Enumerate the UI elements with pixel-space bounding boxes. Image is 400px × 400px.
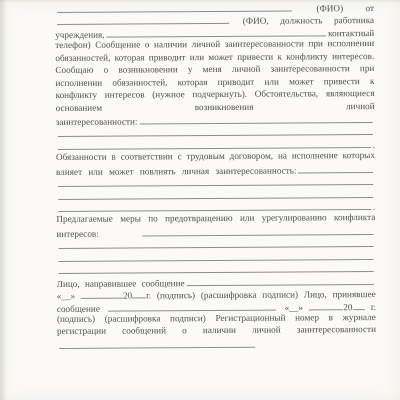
form-text: меня [203, 64, 222, 74]
fill-in-blank-line [81, 289, 123, 299]
fill-in-blank-line [59, 250, 374, 262]
form-text: обязанностей, [55, 52, 110, 62]
form-text: Обязанности [56, 152, 107, 162]
fill-in-blank-line [57, 2, 292, 13]
form-text: Сообщение [95, 40, 140, 50]
form-text: о [145, 40, 150, 50]
date-blank-group: 20 [309, 300, 364, 312]
form-text: работника [334, 15, 374, 25]
form-text: 20 [343, 302, 352, 312]
form-text: 20 [123, 291, 132, 301]
fill-in-blank-line [58, 200, 371, 212]
form-text: возникновения [195, 101, 254, 111]
form-text: соответствии [121, 152, 173, 162]
form-text: телефон) [55, 40, 90, 50]
form-text: сообщений [122, 326, 166, 336]
spacer [99, 235, 141, 236]
form-text: регистрации [57, 326, 106, 336]
fill-in-blank-line [139, 113, 372, 124]
fill-in-blank-line [57, 14, 229, 25]
form-text: Обстоятельства, [255, 88, 319, 98]
form-text: г. [146, 290, 151, 300]
form-text: исполнении [327, 38, 374, 48]
form-text: конфликту [56, 90, 98, 100]
form-text: по [148, 214, 158, 224]
fill-in-blank-line [298, 163, 373, 173]
form-text: принявшее [333, 289, 376, 299]
form-text: г. [371, 302, 376, 312]
form-text: которая [115, 52, 145, 62]
form-text: у [188, 64, 193, 74]
form-text: может [208, 52, 233, 62]
form-text: (нужное [152, 89, 185, 99]
form-text: урегулированию [262, 213, 327, 223]
form-text: в [329, 312, 333, 322]
form-text: возникновении [118, 64, 177, 74]
form-text: или [240, 213, 254, 223]
form-text: о [182, 326, 187, 336]
form-text: конфликту [286, 51, 328, 61]
form-text: трудовым [187, 151, 225, 161]
form-text: . [373, 140, 375, 150]
form-text: привести [237, 51, 273, 61]
form-text: наличии [154, 39, 187, 49]
form-text: на [278, 151, 287, 161]
form-text: приводит [149, 52, 186, 62]
form-text: Лицо, [304, 289, 327, 299]
form-text: конфликта [334, 212, 375, 222]
fill-in-blank-line [143, 225, 374, 236]
form-text: Сообщаю [55, 65, 93, 75]
form-text: подчеркнуть). [192, 89, 247, 99]
fill-in-blank-line [59, 338, 255, 349]
form-text: в [111, 152, 115, 162]
form-text: заинтересованности [225, 39, 304, 49]
form-text: привести [324, 76, 360, 86]
form-text: Предлагаемые [56, 214, 113, 224]
form-text: исполнении [55, 77, 102, 87]
form-text: личной [252, 325, 281, 335]
form-text: интересов. [332, 51, 374, 61]
form-text: или [190, 52, 204, 62]
fill-in-blank-line [352, 300, 364, 310]
fill-in-blank-line [58, 237, 373, 249]
fill-in-blank-line [58, 138, 371, 150]
fill-in-blank-line [309, 300, 343, 310]
fill-in-blank-line [58, 175, 373, 187]
scanned-document-page: (ФИО)от(ФИО,должностьработникаучреждения… [0, 0, 400, 400]
form-text: (подпись) [57, 314, 95, 324]
form-text: интересов [105, 89, 145, 99]
form-text: которых [343, 150, 375, 160]
form-text: обязанностей, [112, 77, 167, 87]
form-text: номер [295, 312, 319, 322]
form-body: (ФИО)от(ФИО,должностьработникаучреждения… [55, 1, 376, 351]
form-text: «__» [57, 291, 75, 301]
form-text: о [104, 65, 109, 75]
form-text: которая [178, 77, 208, 87]
form-text: журнале [343, 312, 376, 322]
fill-in-blank-line [187, 275, 374, 286]
form-text: при [308, 39, 322, 49]
form-text: к [277, 51, 282, 61]
fill-in-blank-line [106, 26, 326, 37]
form-text: наличии [203, 325, 236, 335]
form-text: от [366, 3, 375, 13]
form-text: или [264, 76, 278, 86]
form-text: сообщение [57, 303, 100, 313]
form-text: контактный [328, 28, 374, 38]
form-text: заинтересованности [297, 324, 376, 334]
form-text: (ФИО, [243, 16, 269, 26]
spacer [257, 346, 376, 348]
form-text: . [373, 202, 375, 212]
form-text: личной [192, 39, 221, 49]
fill-in-blank-line [108, 300, 276, 311]
form-text: подписи) [262, 290, 298, 300]
form-text: учреждения, [55, 30, 104, 40]
fill-in-blank-line [59, 262, 374, 274]
fill-in-blank-line [58, 125, 373, 137]
form-text: (расшифровка [105, 313, 161, 323]
form-text: к [370, 76, 375, 86]
form-line: (ФИО)от [55, 1, 374, 15]
form-text: основанием [56, 102, 102, 112]
form-text: подписи) [170, 313, 206, 323]
form-text: (ФИО) [316, 3, 343, 13]
form-text: договором, [230, 151, 273, 161]
form-text: с [178, 151, 182, 161]
form-text: Регистрационный [215, 313, 285, 323]
form-text: личной [232, 64, 261, 74]
form-text: меры [120, 214, 141, 224]
form-text: должность [280, 16, 322, 26]
fill-in-blank-line [132, 288, 146, 298]
form-text: являющиеся [326, 88, 375, 98]
form-text: личной [346, 101, 375, 111]
form-text: интересов: [56, 229, 98, 239]
form-text: заинтересованности [271, 63, 350, 73]
fill-in-blank-line [58, 188, 373, 200]
form-text: Лицо, направившее сообщение [57, 278, 185, 289]
form-text: (подпись) [157, 290, 195, 300]
form-line [57, 337, 376, 351]
form-text: может [289, 76, 314, 86]
date-blank-group: 20г. [81, 288, 151, 300]
form-text: «__» [285, 302, 303, 312]
form-text: при [360, 63, 374, 73]
form-text: приводит [218, 76, 255, 86]
form-text: заинтересованности: [56, 116, 138, 126]
form-text: предотвращению [165, 213, 233, 223]
form-text: (расшифровка [201, 290, 257, 300]
form-text: исполнение [292, 151, 338, 161]
